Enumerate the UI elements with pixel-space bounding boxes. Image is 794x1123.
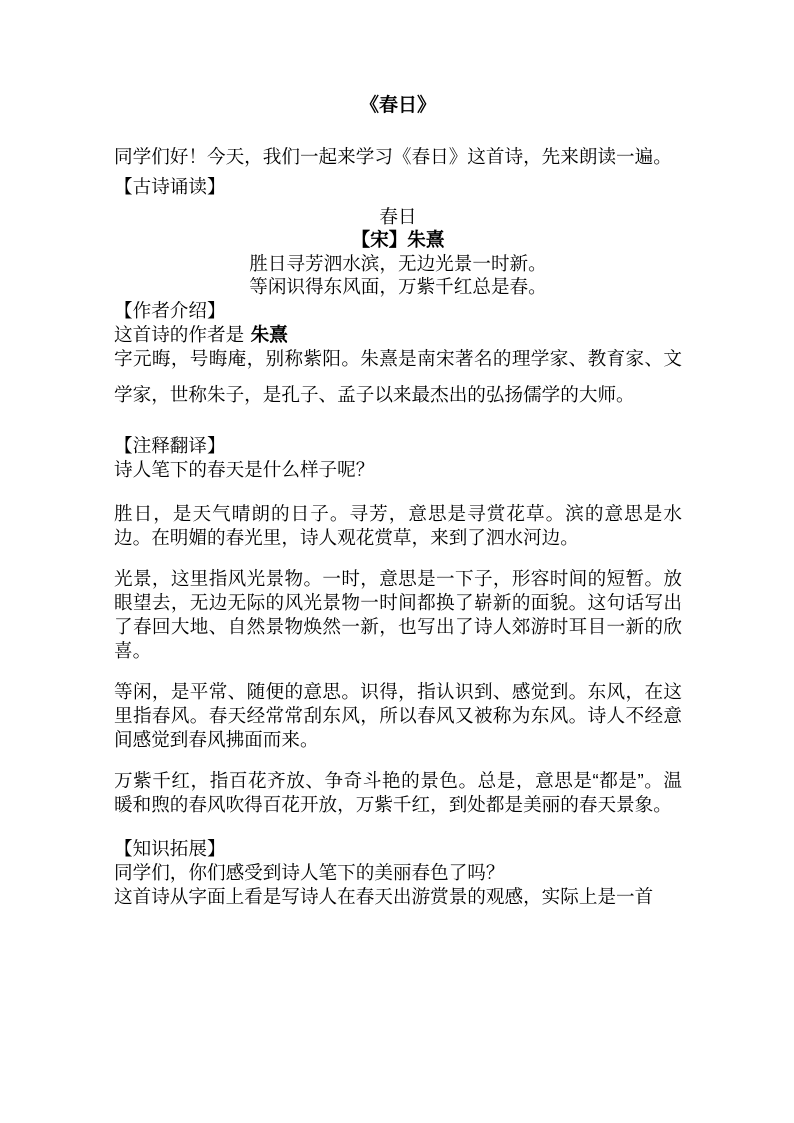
- section-heading-author-intro: 【作者介绍】: [114, 299, 682, 323]
- poem-verse-line: 等闲识得东风面，万紫千红总是春。: [114, 275, 682, 298]
- annotation-paragraph: 等闲，是平常、随便的意思。识得，指认识到、感觉到。东风，在这里指春风。春天经常常…: [114, 680, 682, 752]
- annotation-paragraph: 胜日，是天气晴朗的日子。寻芳，意思是寻赏花草。滨的意思是水边。在明媚的春光里，诗…: [114, 502, 682, 550]
- intro-paragraph: 同学们好！今天，我们一起来学习《春日》这首诗，先来朗读一遍。: [114, 138, 682, 175]
- annotation-paragraph: 光景，这里指风光景物。一时，意思是一下子，形容时间的短暂。放眼望去，无边无际的风…: [114, 567, 682, 663]
- poem-verse-line: 胜日寻芳泗水滨，无边光景一时新。: [114, 252, 682, 275]
- annotation-paragraph: 万紫千红，指百花齐放、争奇斗艳的景色。总是，意思是“都是”。温暖和煦的春风吹得百…: [114, 769, 682, 817]
- section-heading-recitation: 【古诗诵读】: [114, 175, 682, 199]
- section-heading-extension: 【知识拓展】: [114, 837, 682, 861]
- extension-question: 同学们，你们感受到诗人笔下的美丽春色了吗？: [114, 861, 682, 885]
- author-bio-paragraph: 字元晦，号晦庵，别称紫阳。朱熹是南宋著名的理学家、教育家、文学家，世称朱子，是孔…: [114, 341, 682, 413]
- document-page: 《春日》 同学们好！今天，我们一起来学习《春日》这首诗，先来朗读一遍。 【古诗诵…: [0, 0, 794, 1123]
- doc-title: 《春日》: [114, 94, 682, 118]
- annotation-question: 诗人笔下的春天是什么样子呢？: [114, 458, 682, 482]
- poem-title: 春日: [114, 205, 682, 228]
- section-heading-annotation: 【注释翻译】: [114, 434, 682, 458]
- poem-block: 春日 【宋】朱熹 胜日寻芳泗水滨，无边光景一时新。 等闲识得东风面，万紫千红总是…: [114, 205, 682, 299]
- extension-body-line: 这首诗从字面上看是写诗人在春天出游赏景的观感，实际上是一首: [114, 885, 682, 909]
- poem-author: 【宋】朱熹: [114, 228, 682, 251]
